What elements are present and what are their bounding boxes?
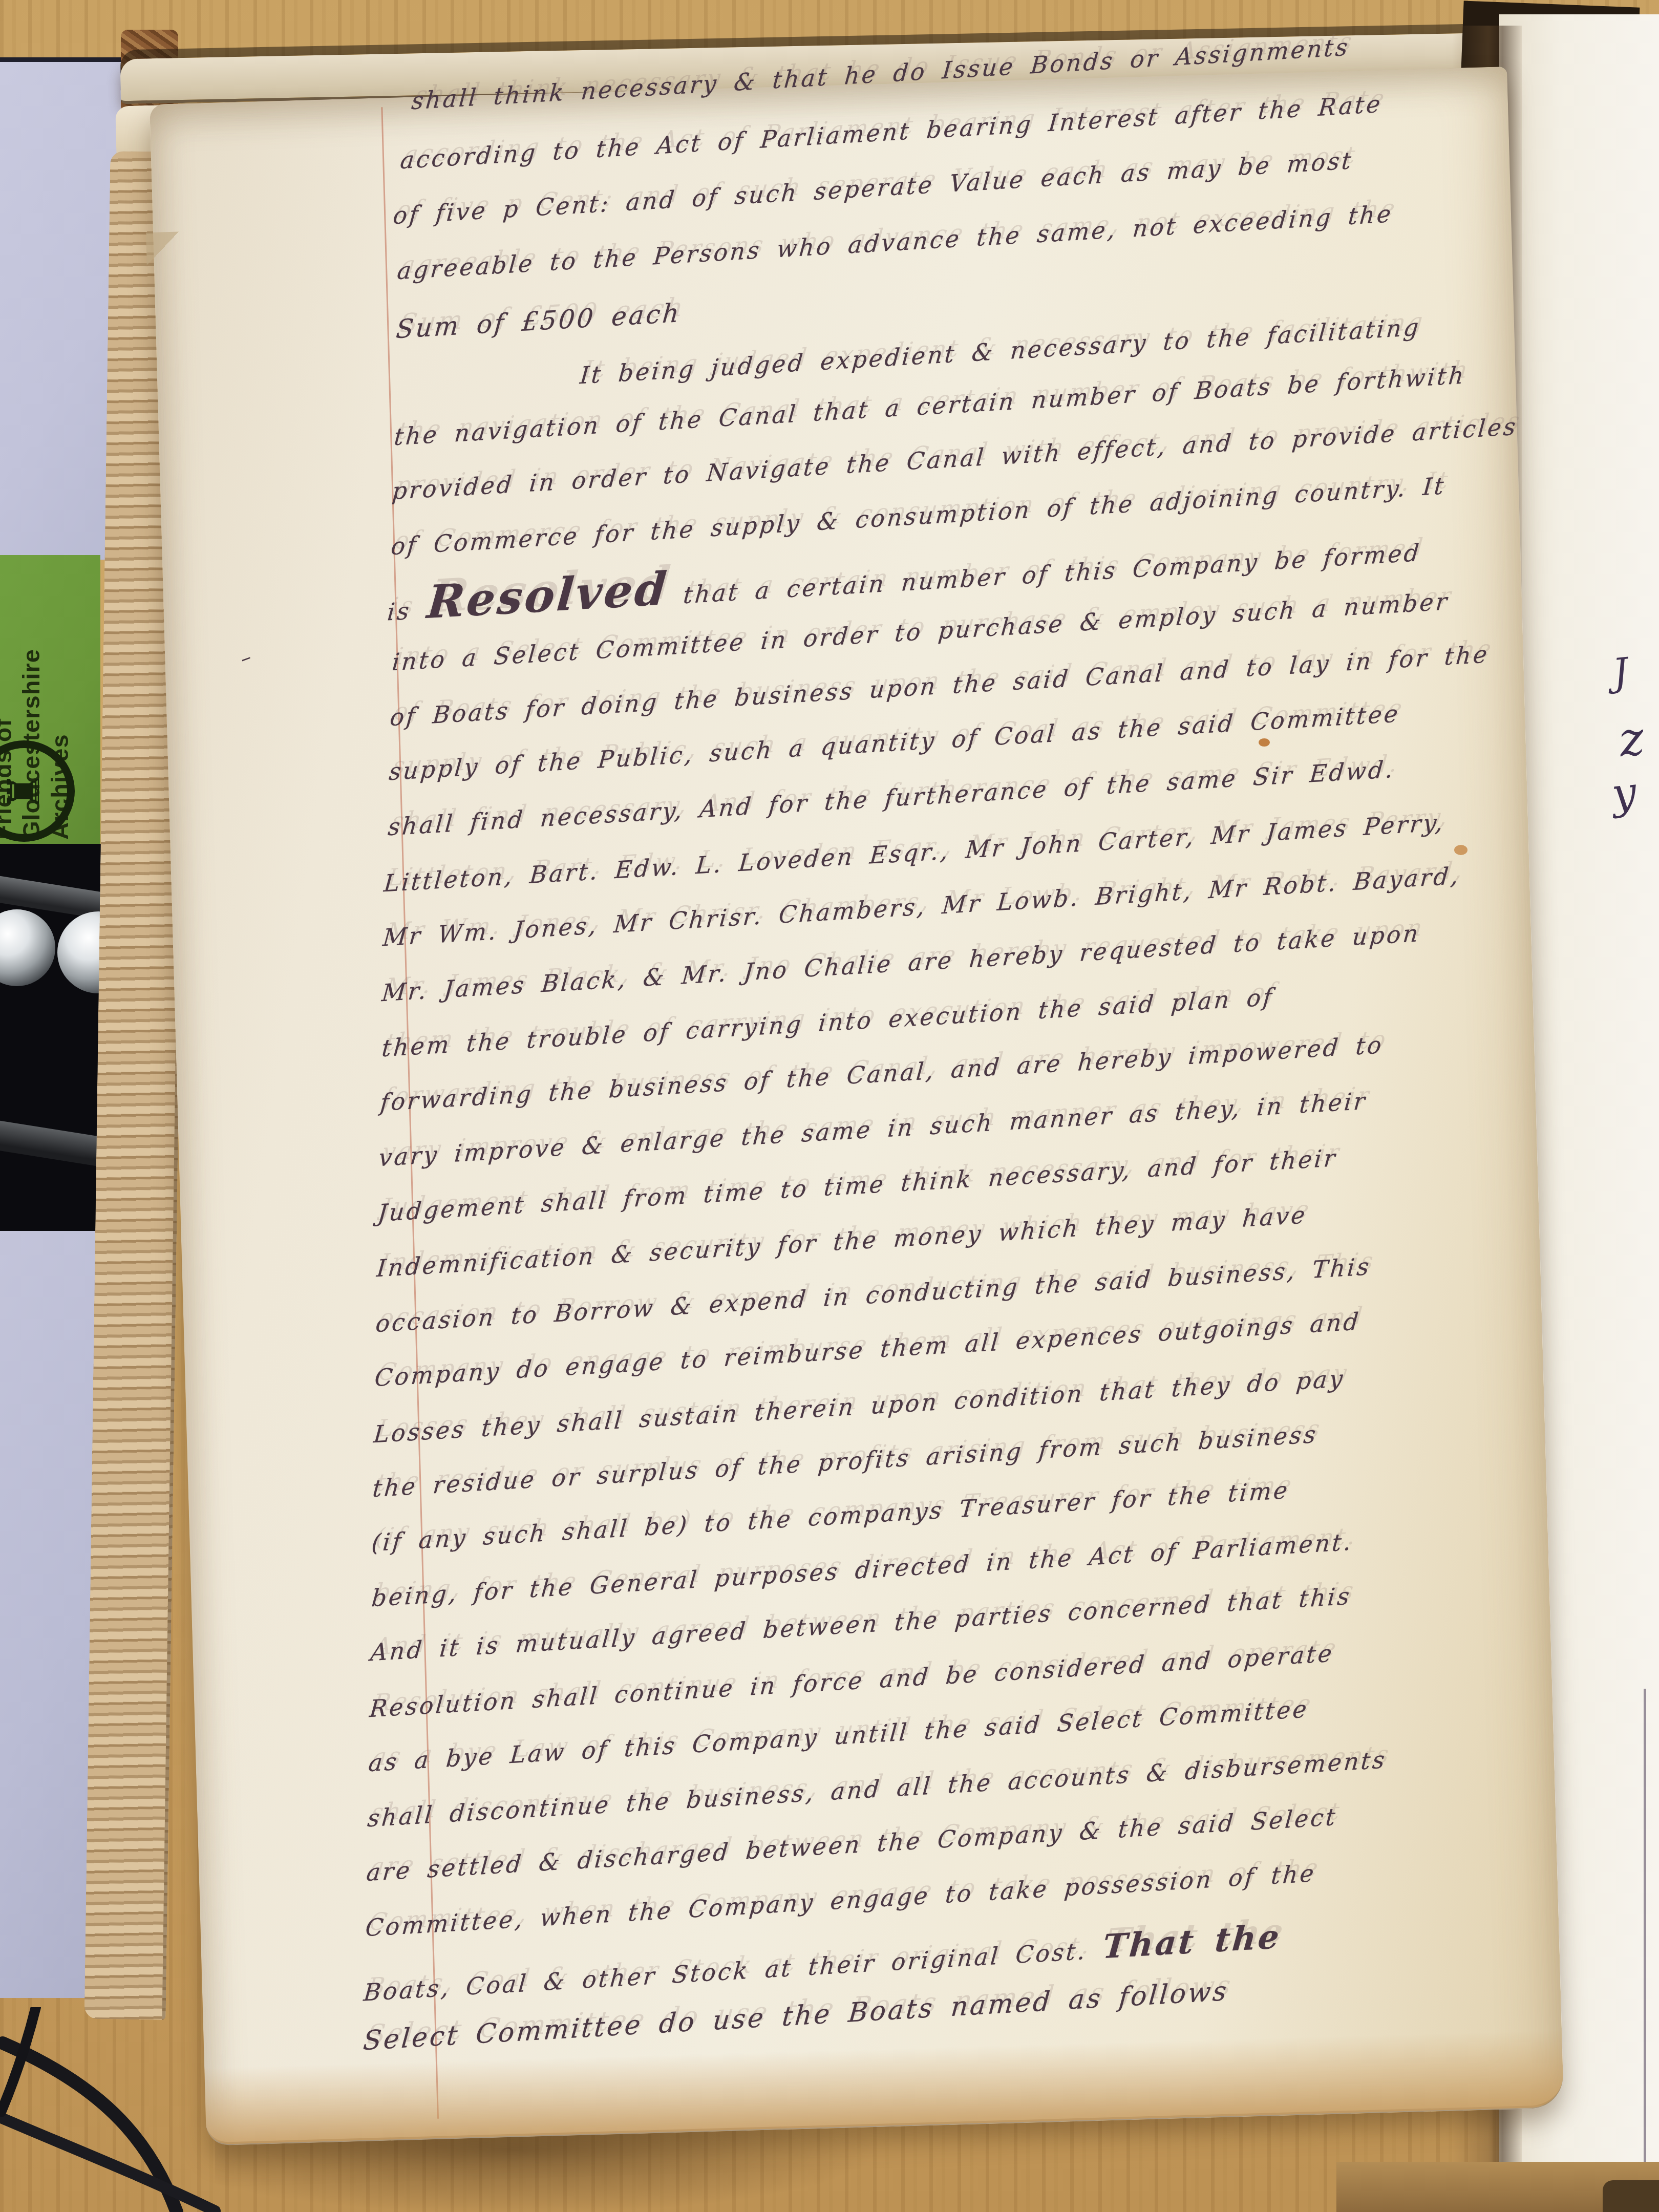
foxing-spot <box>1259 738 1270 747</box>
manuscript-text: shall think necessary & that he do Issue… <box>0 0 1659 2212</box>
bottom-right-shadow <box>1603 2180 1659 2212</box>
foxing-spot <box>1454 845 1467 855</box>
photo-of-manuscript-page: Friends of Gloucestershire Archives ♜ Jz… <box>0 0 1659 2212</box>
manuscript-line: Sum of £500 each <box>395 298 682 344</box>
